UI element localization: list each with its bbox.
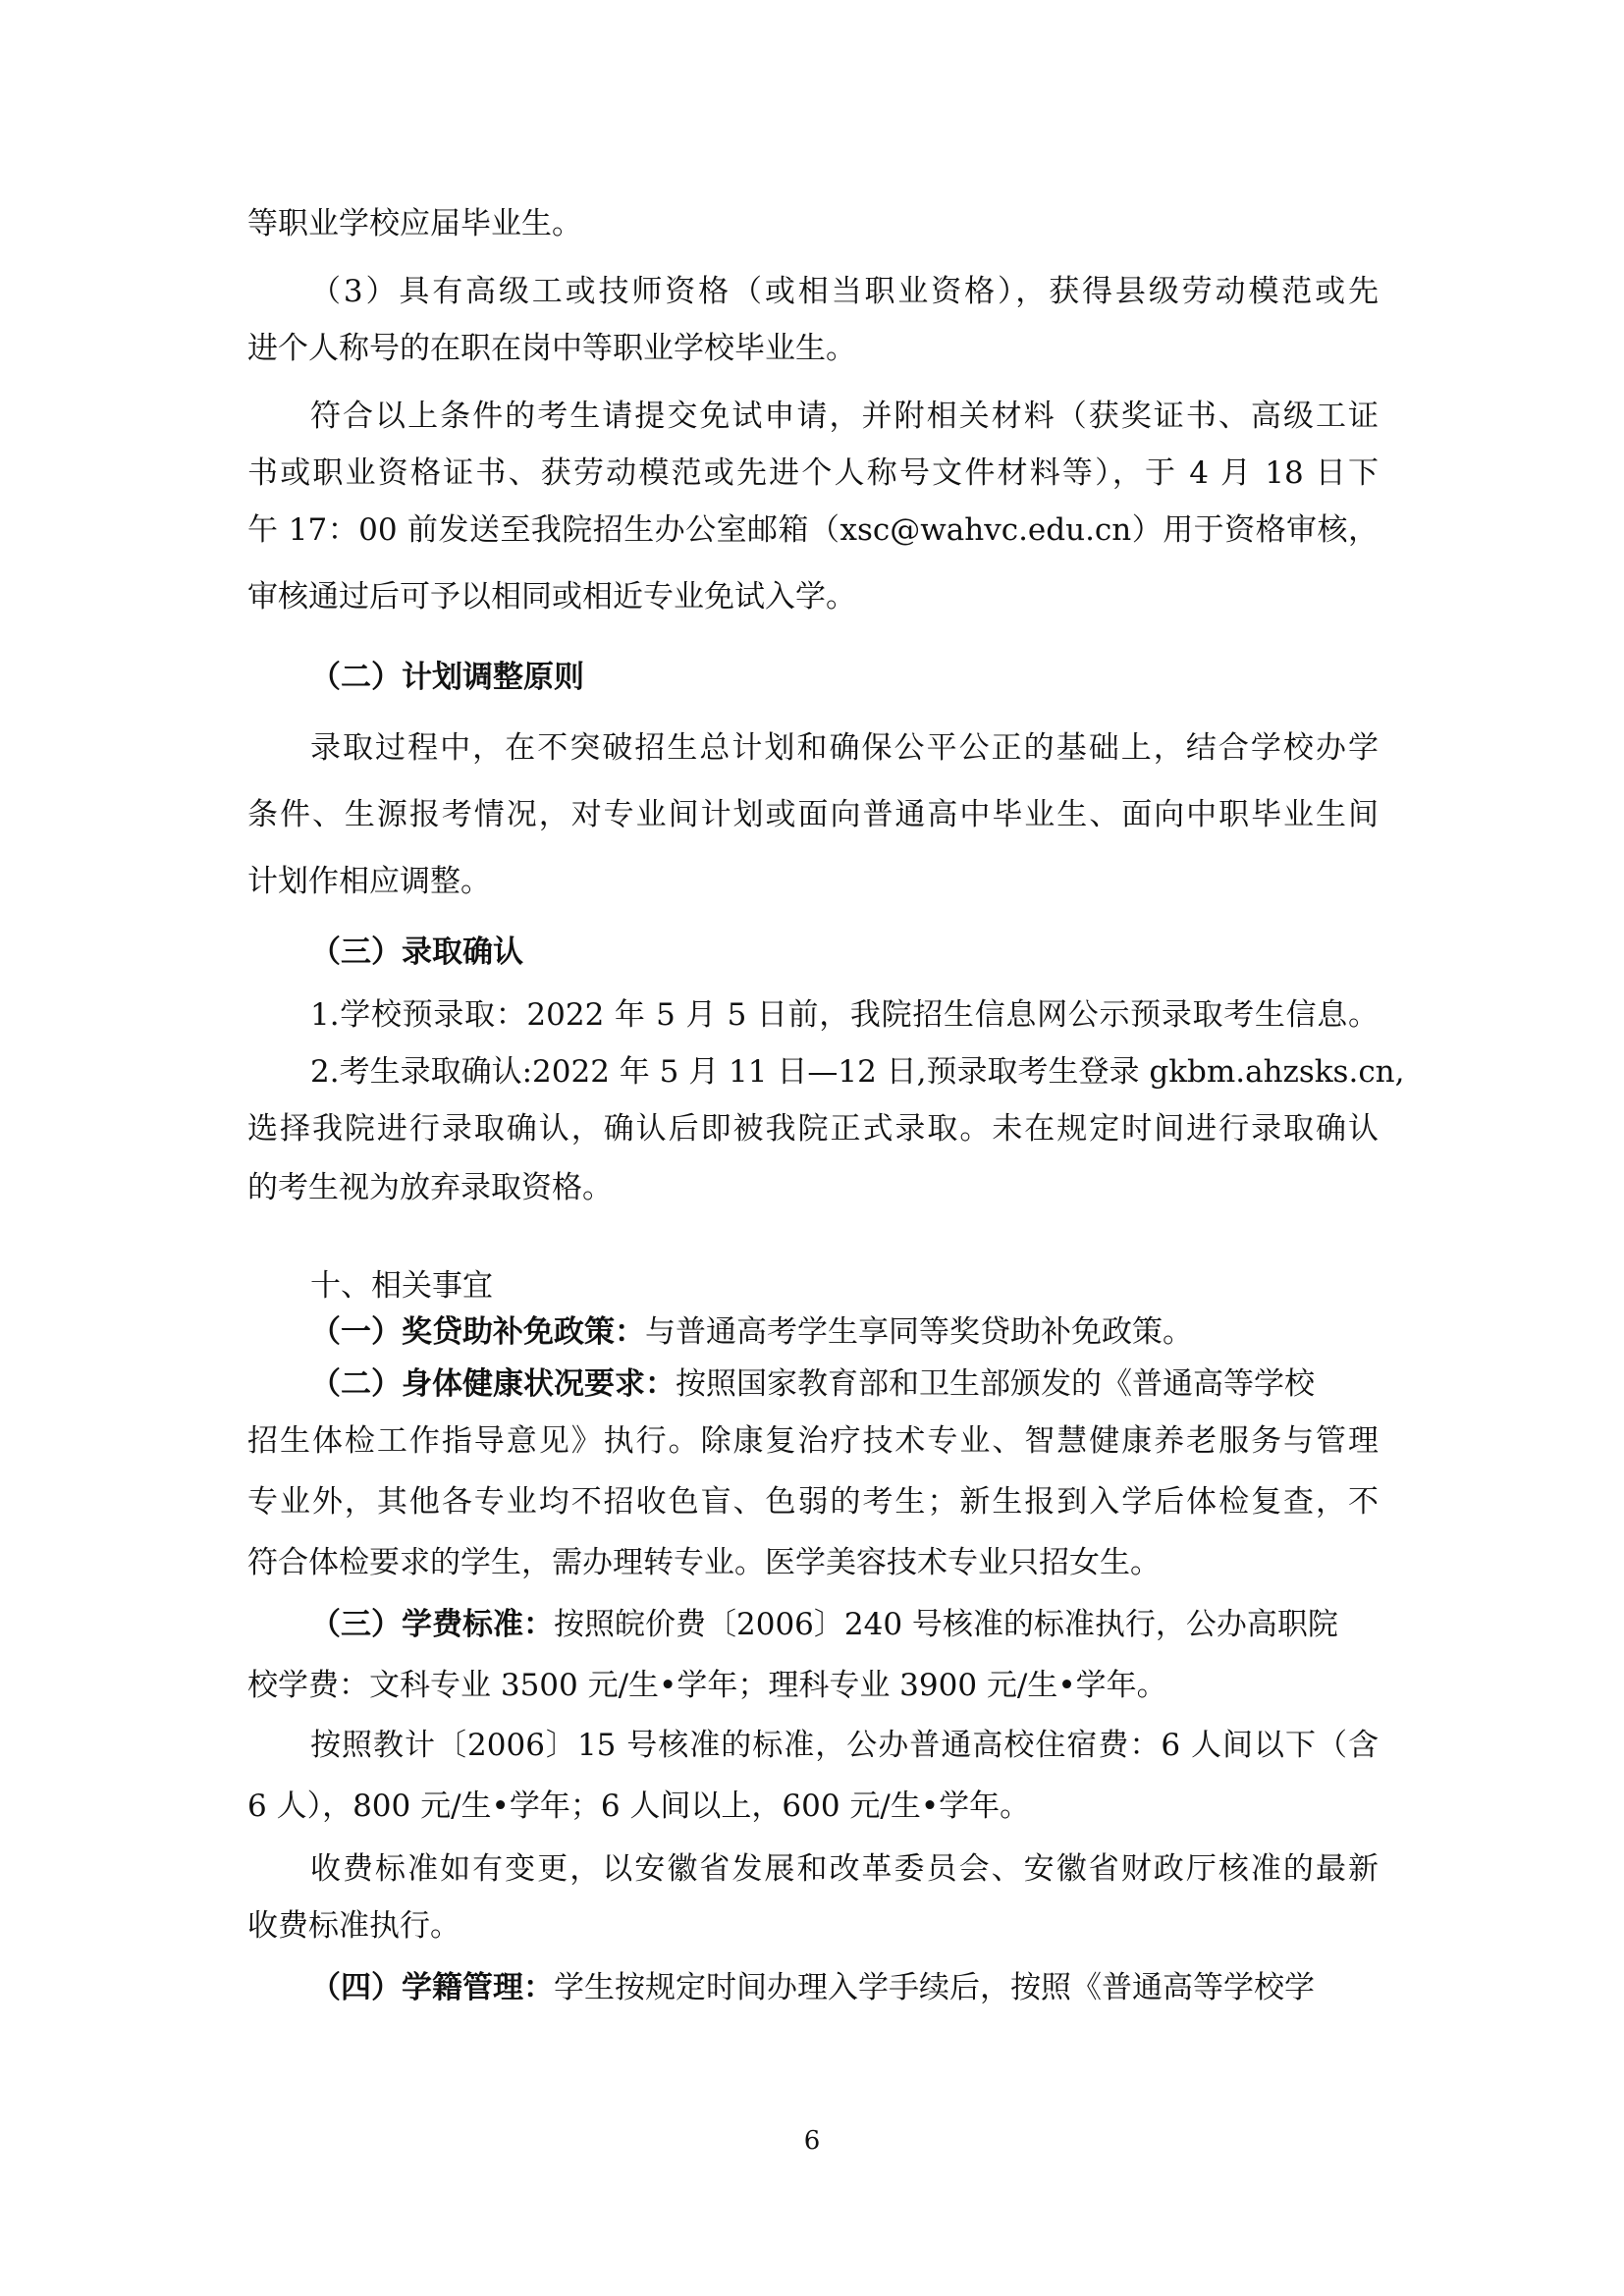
text-line: 收费标准如有变更，以安徽省发展和改革委员会、安徽省财政厅核准的最新 [310, 1849, 1379, 1889]
text-line: 计划作相应调整。 [247, 862, 1379, 901]
item-label: （三）学费标准： [310, 1607, 554, 1642]
text-line: 进个人称号的在职在岗中等职业学校毕业生。 [247, 329, 1379, 368]
item-health-requirements: （二）身体健康状况要求：按照国家教育部和卫生部颁发的《普通高等学校 [310, 1364, 1379, 1404]
text-line: 收费标准执行。 [247, 1906, 1379, 1946]
text-line: 符合体检要求的学生，需办理转专业。医学美容技术专业只招女生。 [247, 1543, 1379, 1582]
item-tuition-standard: （三）学费标准：按照皖价费〔2006〕240 号核准的标准执行，公办高职院 [310, 1605, 1379, 1644]
page-number: 6 [0, 2126, 1624, 2156]
text-line: 专业外，其他各专业均不招收色盲、色弱的考生；新生报到入学后体检复查，不 [247, 1482, 1379, 1522]
item-text: 按照国家教育部和卫生部颁发的《普通高等学校 [676, 1366, 1315, 1402]
text-line: 录取过程中，在不突破招生总计划和确保公平公正的基础上，结合学校办学 [310, 728, 1379, 768]
text-line: 校学费：文科专业 3500 元/生•学年；理科专业 3900 元/生•学年。 [247, 1666, 1379, 1705]
text-line: 书或职业资格证书、获劳动模范或先进个人称号文件材料等），于 4 月 18 日下 [247, 454, 1379, 493]
item-text: 与普通高考学生享同等奖贷助补免政策。 [645, 1314, 1193, 1350]
text-line: 6 人），800 元/生•学年；6 人间以上，600 元/生•学年。 [247, 1787, 1379, 1826]
item-label: （二）身体健康状况要求： [310, 1366, 676, 1402]
text-line: 等职业学校应届毕业生。 [247, 204, 1379, 243]
item-label: （四）学籍管理： [310, 1970, 554, 2005]
text-line: 审核通过后可予以相同或相近专业免试入学。 [247, 577, 1379, 616]
text-line: 条件、生源报考情况，对专业间计划或面向普通高中毕业生、面向中职毕业生间 [247, 795, 1379, 834]
text-line: 2.考生录取确认:2022 年 5 月 11 日—12 日,预录取考生登录 gk… [310, 1052, 1379, 1092]
text-line: 符合以上条件的考生请提交免试申请，并附相关材料（获奖证书、高级工证 [310, 397, 1379, 436]
text-line: 招生体检工作指导意见》执行。除康复治疗技术专业、智慧健康养老服务与管理 [247, 1421, 1379, 1461]
chapter-heading-related-matters: 十、相关事宜 [310, 1266, 1379, 1306]
item-student-status-management: （四）学籍管理：学生按规定时间办理入学手续后，按照《普通高等学校学 [310, 1968, 1379, 2007]
text-line: （3）具有高级工或技师资格（或相当职业资格），获得县级劳动模范或先 [310, 272, 1379, 311]
item-text: 学生按规定时间办理入学手续后，按照《普通高等学校学 [554, 1970, 1315, 2005]
item-text: 按照皖价费〔2006〕240 号核准的标准执行，公办高职院 [554, 1607, 1338, 1642]
section-heading-plan-adjustment: （二）计划调整原则 [310, 658, 1379, 697]
text-line: 的考生视为放弃录取资格。 [247, 1168, 1379, 1207]
text-line: 按照教计〔2006〕15 号核准的标准，公办普通高校住宿费：6 人间以下（含 [310, 1726, 1379, 1765]
item-financial-aid: （一）奖贷助补免政策：与普通高考学生享同等奖贷助补免政策。 [310, 1312, 1379, 1352]
text-line: 午 17：00 前发送至我院招生办公室邮箱（xsc@wahvc.edu.cn）用… [247, 510, 1379, 550]
text-line: 选择我院进行录取确认，确认后即被我院正式录取。未在规定时间进行录取确认 [247, 1109, 1379, 1148]
document-page: 等职业学校应届毕业生。 （3）具有高级工或技师资格（或相当职业资格），获得县级劳… [0, 0, 1624, 2296]
text-line: 1.学校预录取：2022 年 5 月 5 日前，我院招生信息网公示预录取考生信息… [310, 995, 1379, 1035]
item-label: （一）奖贷助补免政策： [310, 1314, 645, 1350]
section-heading-admission-confirmation: （三）录取确认 [310, 933, 1379, 972]
